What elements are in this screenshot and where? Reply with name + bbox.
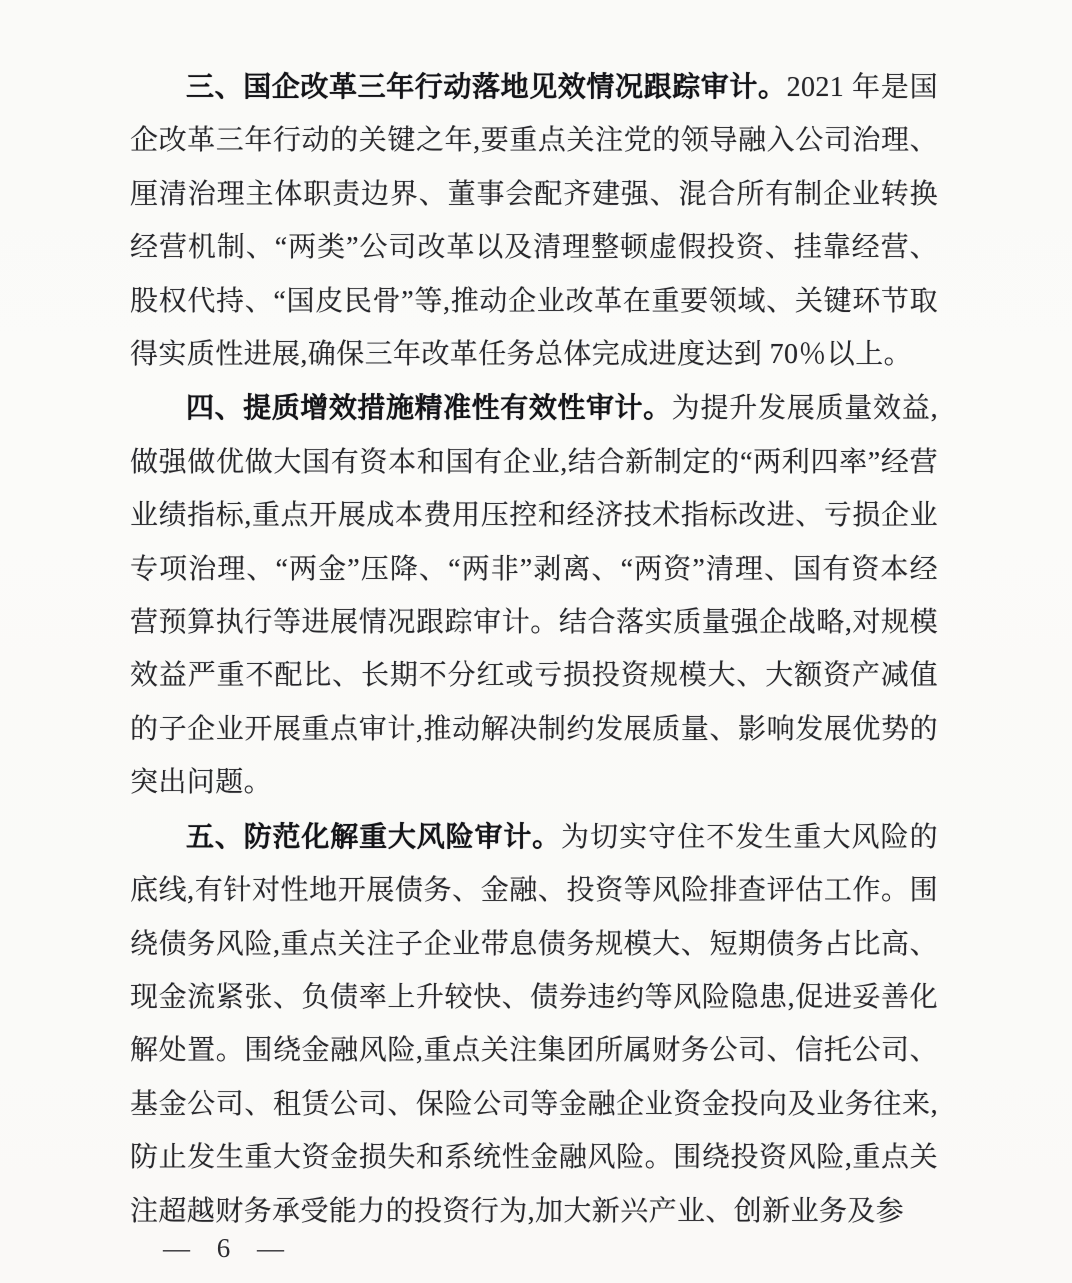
section-4-heading: 四、提质增效措施精准性有效性审计。 — [186, 392, 672, 423]
section-4-body: 为提升发展质量效益,做强做优做大国有资本和国有企业,结合新制定的“两利四率”经营… — [130, 393, 938, 798]
section-5-body: 为切实守住不发生重大风险的底线,有针对性地开展债务、金融、投资等风险排查评估工作… — [130, 822, 938, 1227]
page-number: — 6 — — [163, 1233, 286, 1264]
section-5-heading: 五、防范化解重大风险审计。 — [186, 821, 561, 852]
section-3-paragraph: 三、国企改革三年行动落地见效情况跟踪审计。2021 年是国企改革三年行动的关键之… — [130, 60, 938, 381]
section-5-paragraph: 五、防范化解重大风险审计。为切实守住不发生重大风险的底线,有针对性地开展债务、金… — [130, 810, 938, 1238]
section-3-body: 2021 年是国企改革三年行动的关键之年,要重点关注党的领导融入公司治理、厘清治… — [130, 72, 938, 370]
document-content: 三、国企改革三年行动落地见效情况跟踪审计。2021 年是国企改革三年行动的关键之… — [130, 60, 938, 1238]
section-3-heading: 三、国企改革三年行动落地见效情况跟踪审计。 — [186, 71, 787, 102]
section-4-paragraph: 四、提质增效措施精准性有效性审计。为提升发展质量效益,做强做优做大国有资本和国有… — [130, 381, 938, 809]
document-page: 三、国企改革三年行动落地见效情况跟踪审计。2021 年是国企改革三年行动的关键之… — [0, 0, 1072, 1283]
